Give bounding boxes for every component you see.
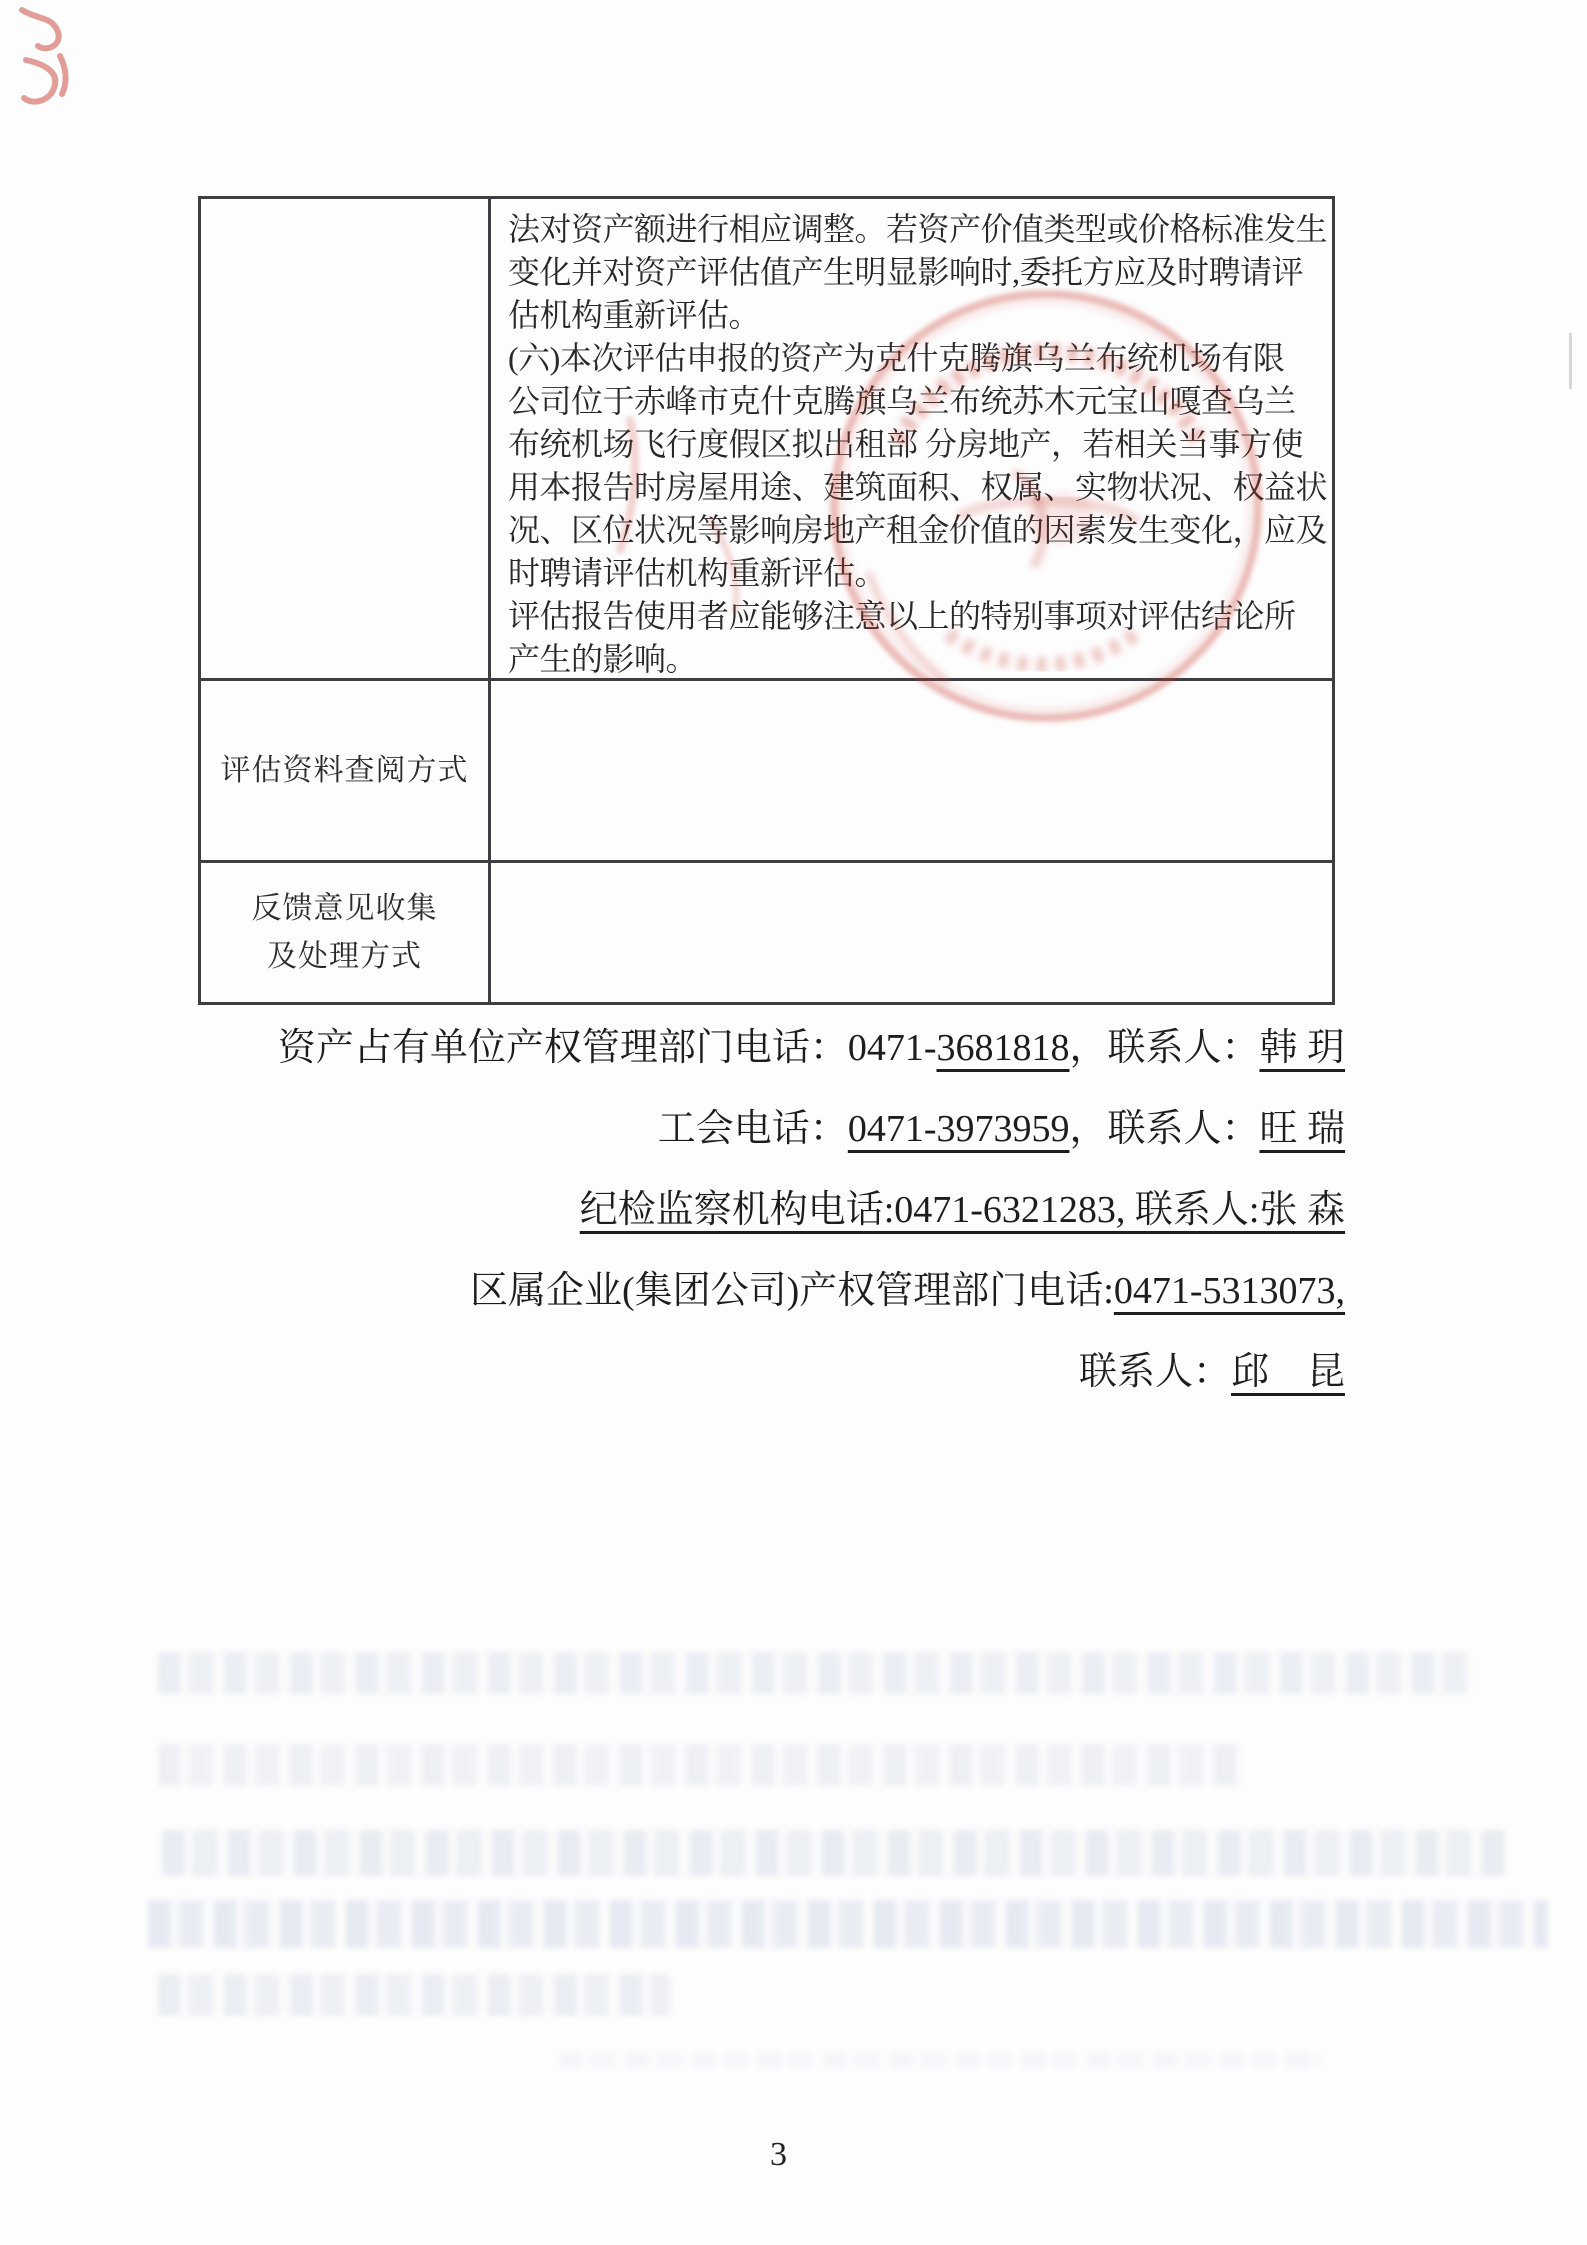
- contact-line: 联系人：邱 昆: [200, 1332, 1345, 1413]
- contact-lines: 资产占有单位产权管理部门电话：0471-3681818，联系人：韩 玥工会电话：…: [200, 1008, 1345, 1413]
- row1-content-cell: 法对资产额进行相应调整。若资产价值类型或价格标准发生变化并对资产评估值产生明显影…: [491, 199, 1339, 678]
- document-page: 法对资产额进行相应调整。若资产价值类型或价格标准发生变化并对资产评估值产生明显影…: [0, 0, 1587, 2245]
- row3-content-cell: [491, 863, 1332, 1002]
- table-row: 反馈意见收集 及处理方式: [201, 860, 1332, 1002]
- contact-line: 资产占有单位产权管理部门电话：0471-3681818，联系人：韩 玥: [200, 1008, 1345, 1089]
- underlined-text: 3681818: [936, 1027, 1069, 1069]
- underlined-text: 旺 瑞: [1259, 1108, 1345, 1150]
- paragraph-line: 法对资产额进行相应调整。若资产价值类型或价格标准发生: [508, 208, 1327, 251]
- assessment-table: 法对资产额进行相应调整。若资产价值类型或价格标准发生变化并对资产评估值产生明显影…: [198, 196, 1335, 1005]
- paragraph-line: 况、区位状况等影响房地产租金价值的因素发生变化，应及: [508, 509, 1327, 552]
- underlined-text: 邱 昆: [1231, 1351, 1345, 1393]
- paragraph-line: 公司位于赤峰市克什克腾旗乌兰布统苏木元宝山嘎查乌兰: [508, 380, 1327, 423]
- paragraph-line: 时聘请评估机构重新评估。: [508, 552, 1327, 595]
- bleed-through-line: [158, 1744, 1243, 1786]
- underlined-text: 0471-5313073,: [1114, 1270, 1345, 1312]
- bleed-through-line: [158, 1652, 1473, 1694]
- underlined-text: 0471-3973959: [848, 1108, 1070, 1150]
- paragraph-line: 估机构重新评估。: [508, 294, 1327, 337]
- paragraph-line: 产生的影响。: [508, 638, 1327, 681]
- plain-text: ，联系人：: [1069, 1108, 1259, 1150]
- row3-label-line1: 反馈意见收集: [252, 885, 438, 933]
- paragraph-line: (六)本次评估申报的资产为克什克腾旗乌兰布统机场有限: [508, 337, 1327, 380]
- bleed-through-line: [162, 1830, 1507, 1876]
- plain-text: 区属企业(集团公司)产权管理部门电话:: [470, 1270, 1114, 1312]
- contact-line: 纪检监察机构电话:0471-6321283, 联系人:张 森: [200, 1170, 1345, 1251]
- contact-line: 区属企业(集团公司)产权管理部门电话:0471-5313073,: [200, 1251, 1345, 1332]
- row1-label-cell: [201, 199, 491, 678]
- underlined-text: 纪检监察机构电话:0471-6321283, 联系人:张 森: [580, 1189, 1345, 1231]
- row3-label-line2: 及处理方式: [267, 933, 422, 981]
- bleed-through-line: [148, 1900, 1548, 1948]
- plain-text: 资产占有单位产权管理部门电话：0471-: [278, 1027, 937, 1069]
- page-number: 3: [770, 2136, 787, 2174]
- row2-label: 评估资料查阅方式: [221, 747, 469, 795]
- contact-info-block: 资产占有单位产权管理部门电话：0471-3681818，联系人：韩 玥工会电话：…: [200, 1008, 1345, 1413]
- plain-text: 联系人：: [1079, 1351, 1231, 1393]
- contact-line: 工会电话：0471-3973959，联系人：旺 瑞: [200, 1089, 1345, 1170]
- paragraph-line: 布统机场飞行度假区拟出租部 分房地产，若相关当事方使: [508, 423, 1327, 466]
- row2-label-cell: 评估资料查阅方式: [201, 681, 491, 860]
- row3-label-cell: 反馈意见收集 及处理方式: [201, 863, 491, 1002]
- paragraph-line: 用本报告时房屋用途、建筑面积、权属、实物状况、权益状: [508, 466, 1327, 509]
- table-row: 评估资料查阅方式: [201, 678, 1332, 860]
- paragraph-line: 变化并对资产评估值产生明显影响时,委托方应及时聘请评: [508, 251, 1327, 294]
- scan-edge-mark: [1569, 333, 1572, 389]
- plain-text: ，联系人：: [1069, 1027, 1259, 1069]
- table-row: 法对资产额进行相应调整。若资产价值类型或价格标准发生变化并对资产评估值产生明显影…: [201, 199, 1332, 678]
- row2-content-cell: [491, 681, 1332, 860]
- bleed-through-line: [560, 2052, 1320, 2068]
- underlined-text: 韩 玥: [1259, 1027, 1345, 1069]
- red-scribble-mark: [8, 2, 88, 122]
- bleed-through-line: [158, 1974, 670, 2016]
- special-matters-paragraph: 法对资产额进行相应调整。若资产价值类型或价格标准发生变化并对资产评估值产生明显影…: [508, 208, 1327, 681]
- plain-text: 工会电话：: [658, 1108, 848, 1150]
- paragraph-line: 评估报告使用者应能够注意以上的特别事项对评估结论所: [508, 595, 1327, 638]
